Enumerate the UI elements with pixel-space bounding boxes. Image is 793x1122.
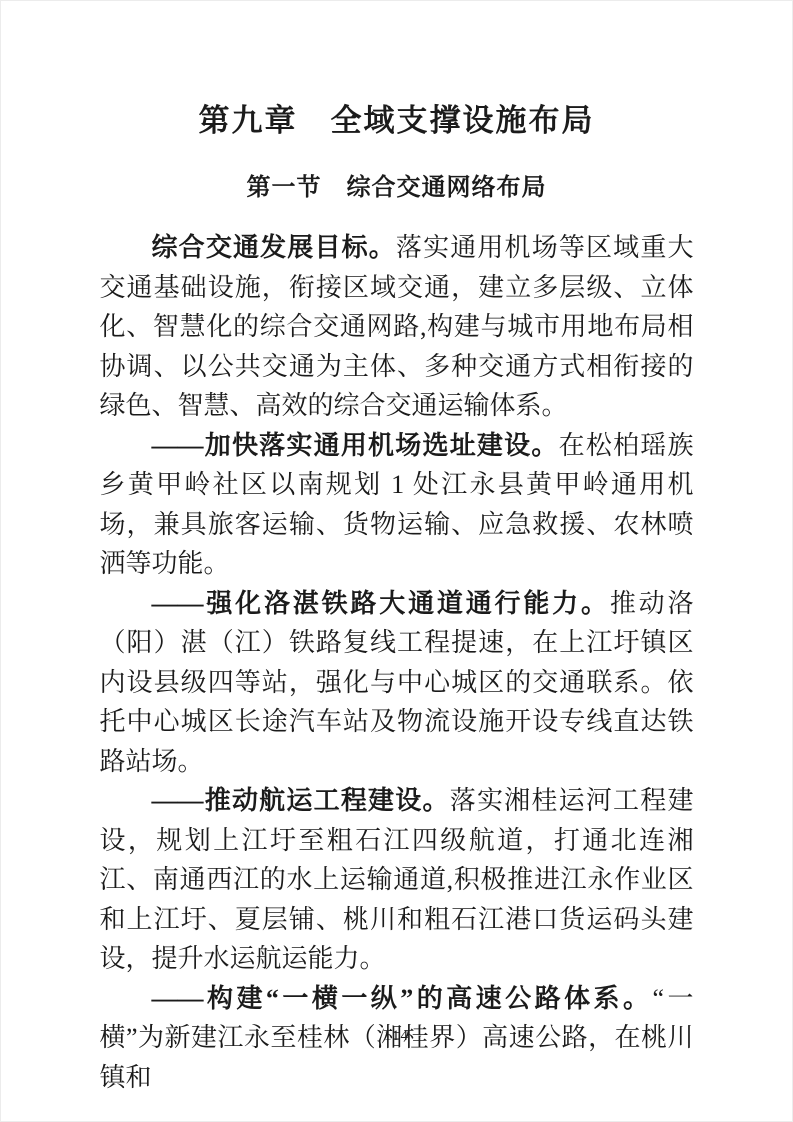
page-number: 114 [0, 1028, 793, 1045]
paragraph-railway: ——强化洛湛铁路大通道通行能力。推动洛（阳）湛（江）铁路复线工程提速，在上江圩镇… [100, 584, 694, 782]
paragraph-lead: ——构建“一横一纵”的高速公路体系。 [152, 984, 653, 1013]
paragraph-transport-goal: 综合交通发展目标。落实通用机场等区域重大交通基础设施，衔接区域交通，建立多层级、… [100, 228, 694, 426]
paragraph-shipping: ——推动航运工程建设。落实湘桂运河工程建设，规划上江圩至粗石江四级航道，打通北连… [100, 781, 694, 979]
document-page: 第九章 全域支撑设施布局 第一节 综合交通网络布局 综合交通发展目标。落实通用机… [0, 0, 793, 1122]
page-content: 第九章 全域支撑设施布局 第一节 综合交通网络布局 综合交通发展目标。落实通用机… [100, 0, 694, 1097]
chapter-title: 第九章 全域支撑设施布局 [100, 0, 694, 142]
paragraph-lead: ——强化洛湛铁路大通道通行能力。 [152, 589, 610, 618]
body-text: 综合交通发展目标。落实通用机场等区域重大交通基础设施，衔接区域交通，建立多层级、… [100, 228, 694, 1097]
paragraph-lead: ——加快落实通用机场选址建设。 [152, 431, 559, 460]
section-title: 第一节 综合交通网络布局 [100, 172, 694, 204]
paragraph-lead: ——推动航运工程建设。 [152, 786, 450, 815]
paragraph-lead: 综合交通发展目标。 [152, 233, 396, 262]
paragraph-airport: ——加快落实通用机场选址建设。在松柏瑶族乡黄甲岭社区以南规划 1 处江永县黄甲岭… [100, 426, 694, 584]
